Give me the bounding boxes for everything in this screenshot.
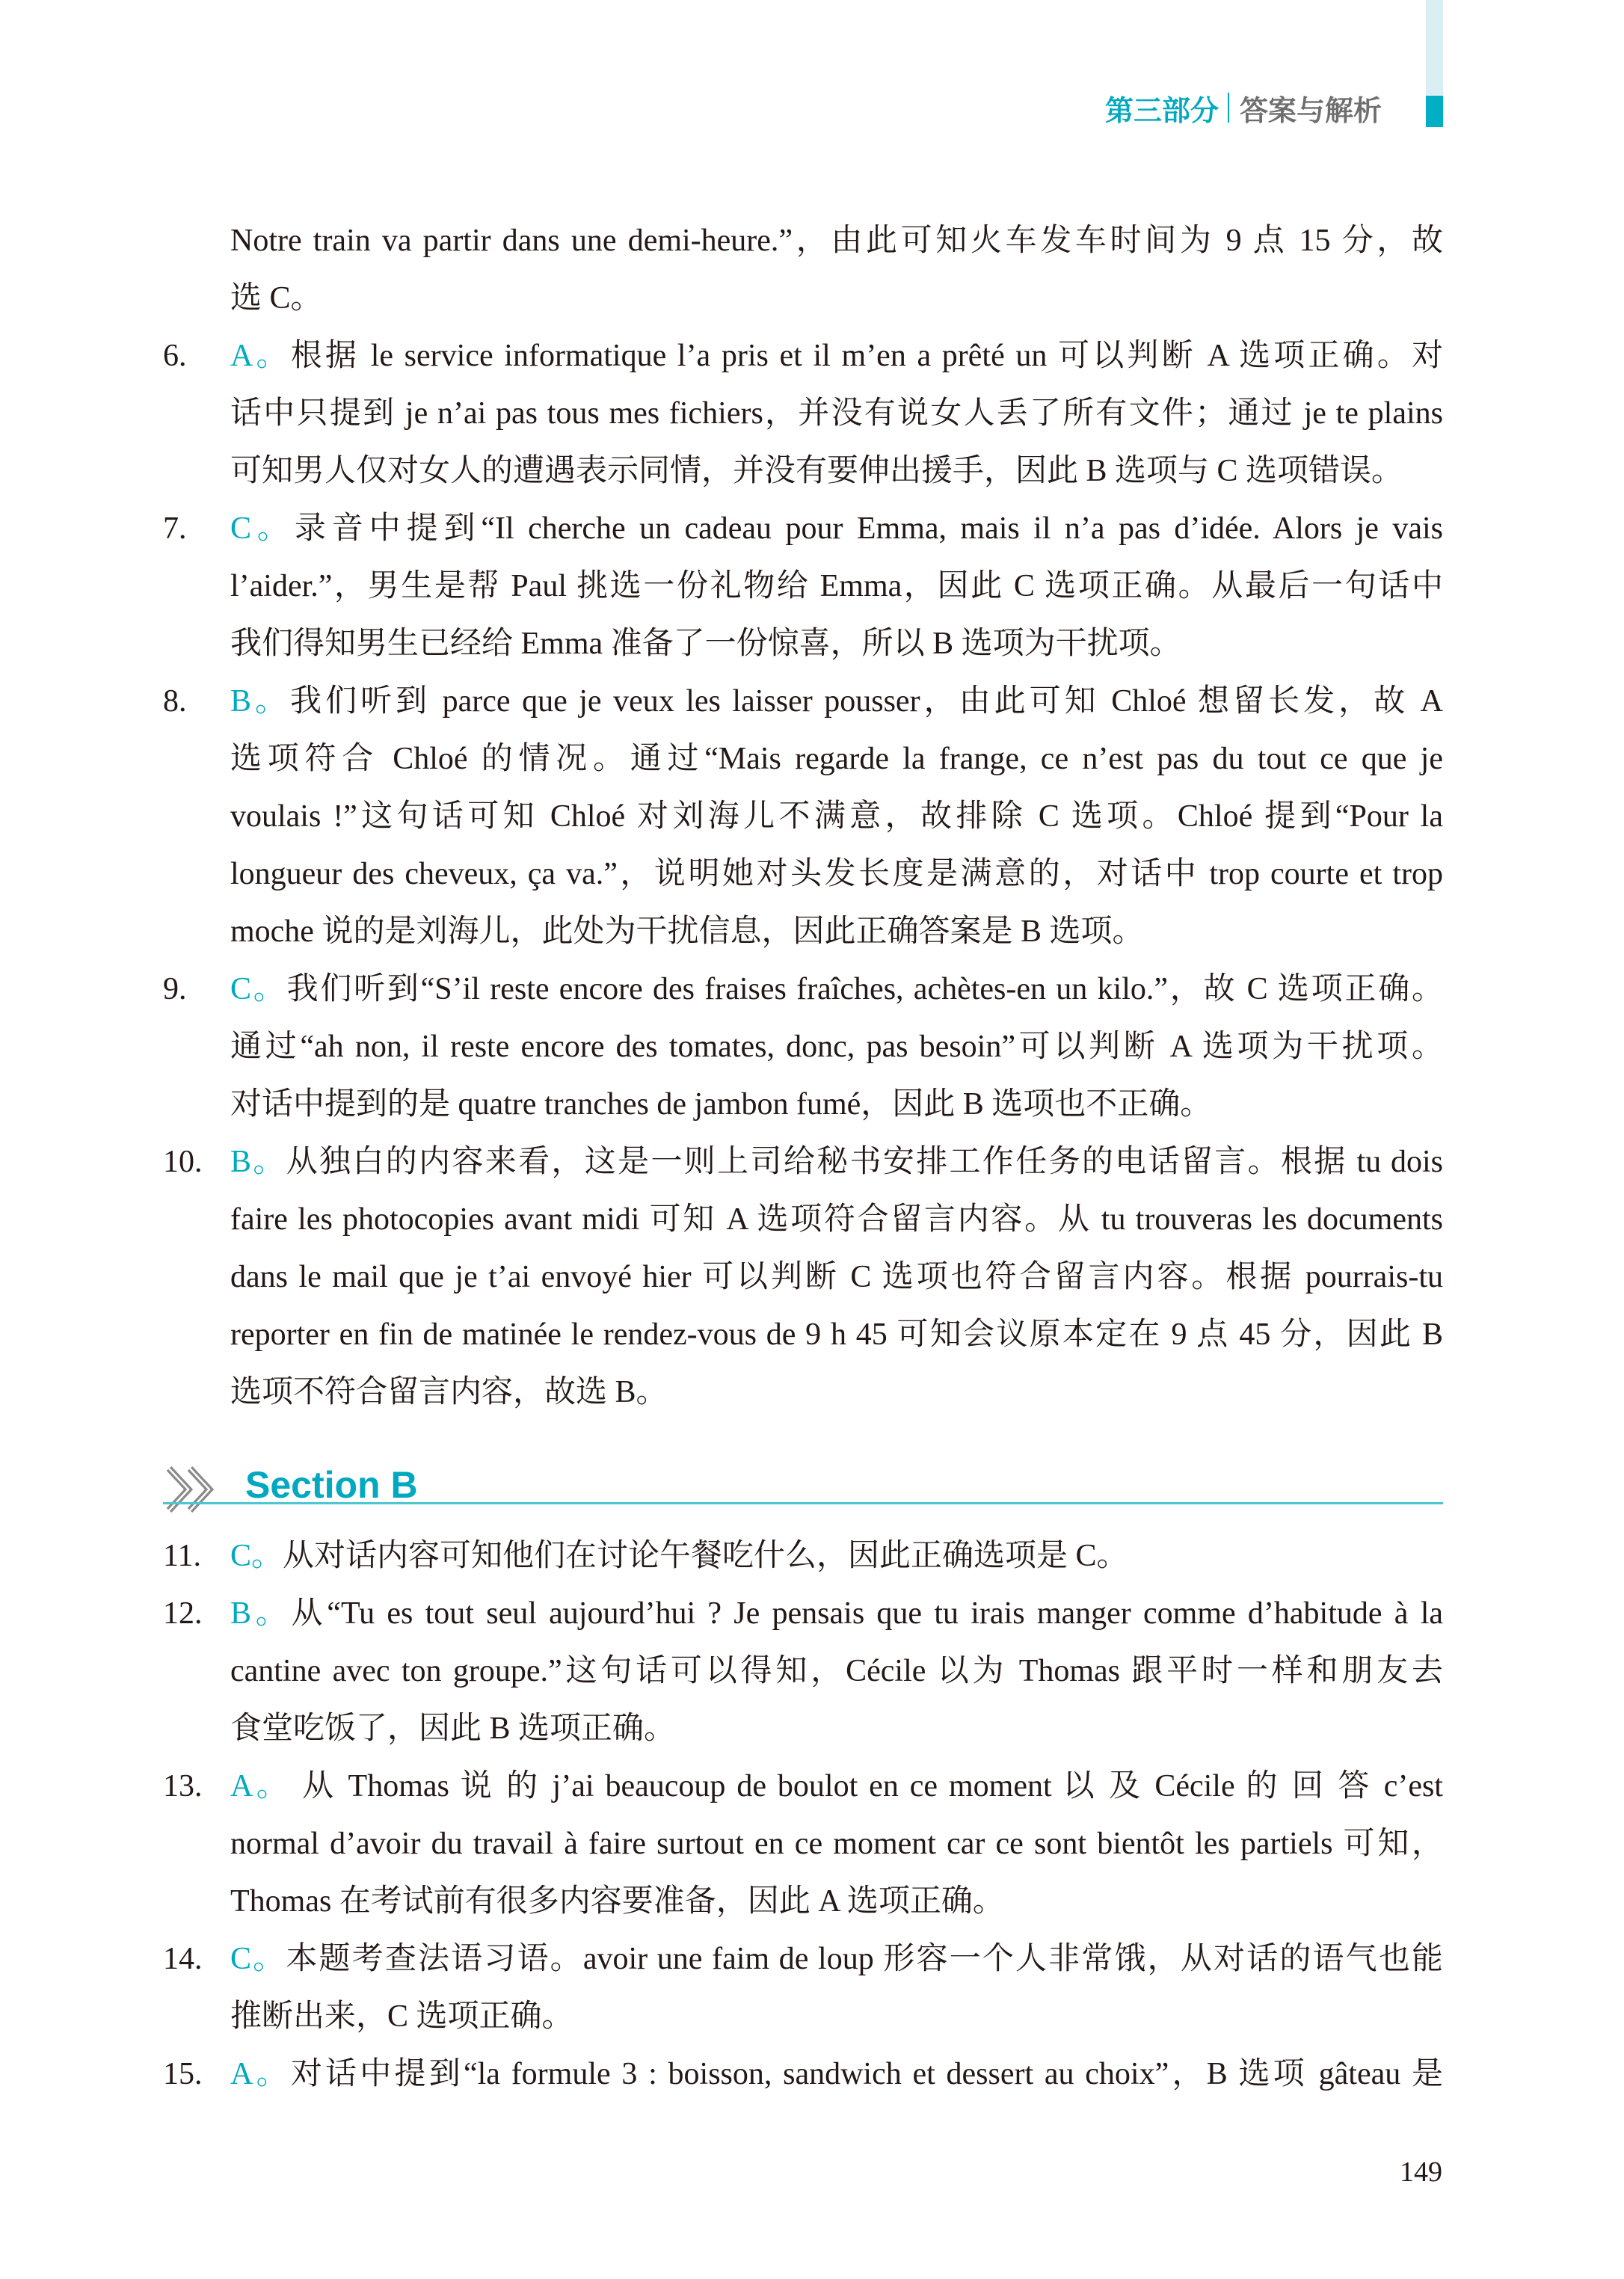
list-item-line: C。从对话内容可知他们在讨论午餐吃什么，因此正确选项是 C。 xyxy=(230,1528,1443,1585)
double-chevron-icon xyxy=(163,1464,221,1515)
answer-letter: B。 xyxy=(230,1145,286,1179)
page-number: 149 xyxy=(1400,2153,1442,2191)
list-item-line: B。我们听到 parce que je veux les laisser pou… xyxy=(230,673,1443,731)
list-item-line: C。本题考查法语习语。avoir une faim de loup 形容一个人非… xyxy=(230,1931,1443,1988)
item-number: 11. xyxy=(163,1528,201,1585)
list-item-line: 食堂吃饭了，因此 B 选项正确。 xyxy=(230,1700,1443,1758)
header-separator xyxy=(1228,93,1229,123)
answer-letter: C。 xyxy=(230,511,295,546)
list-item-line: 选项不符合留言内容，故选 B。 xyxy=(230,1364,1443,1421)
header-part: 第三部分 xyxy=(1105,87,1219,129)
item-number: 14. xyxy=(163,1931,203,1988)
list-item-line: cantine avec ton groupe.”这句话可以得知，Cécile … xyxy=(230,1643,1443,1700)
list-item-line: C。录音中提到“Il cherche un cadeau pour Emma, … xyxy=(230,500,1443,558)
section-divider xyxy=(163,1502,1443,1504)
item-number: 7. xyxy=(163,500,187,558)
list-item-line: A。 从 Thomas 说 的 j’ai beaucoup de boulot … xyxy=(230,1758,1443,1815)
list-item-line: longueur des cheveux, ça va.”，说明她对头发长度是满… xyxy=(230,846,1443,903)
item-number: 6. xyxy=(163,327,187,385)
item-number: 13. xyxy=(163,1758,203,1815)
list-item-line: B。从“Tu es tout seul aujourd’hui ? Je pen… xyxy=(230,1585,1443,1643)
list-item-line: moche 说的是刘海儿，此处为干扰信息，因此正确答案是 B 选项。 xyxy=(230,903,1443,961)
list-item-line: 话中只提到 je n’ai pas tous mes fichiers，并没有说… xyxy=(230,385,1443,443)
answer-letter: A。 xyxy=(230,1769,291,1803)
answer-letter: A。 xyxy=(230,2057,291,2091)
header-bar-light xyxy=(1426,0,1443,96)
answer-letter: C。 xyxy=(230,1942,286,1976)
item-number: 15. xyxy=(163,2046,203,2103)
list-item-line: A。根据 le service informatique l’a pris et… xyxy=(230,327,1443,385)
list-item-line: 选项符合 Chloé 的情况。通过“Mais regarde la frange… xyxy=(230,731,1443,788)
list-item-line: 我们得知男生已经给 Emma 准备了一份惊喜，所以 B 选项为干扰项。 xyxy=(230,615,1443,673)
list-item-line: 可知男人仅对女人的遭遇表示同情，并没有要伸出援手，因此 B 选项与 C 选项错误… xyxy=(230,443,1443,500)
list-item-line: voulais !”这句话可知 Chloé 对刘海儿不满意，故排除 C 选项。C… xyxy=(230,788,1443,846)
list-item-line: normal d’avoir du travail à faire surtou… xyxy=(230,1815,1443,1873)
list-item-line: 通过“ah non, il reste encore des tomates, … xyxy=(230,1018,1443,1076)
list-item-line: 推断出来，C 选项正确。 xyxy=(230,1988,1443,2046)
item-number: 8. xyxy=(163,673,187,731)
list-item-line: A。对话中提到“la formule 3 : boisson, sandwich… xyxy=(230,2046,1443,2103)
running-header: 第三部分 答案与解析 xyxy=(1105,88,1382,127)
item-number: 10. xyxy=(163,1134,203,1191)
list-item-line: faire les photocopies avant midi 可知 A 选项… xyxy=(230,1191,1443,1249)
header-bar-accent xyxy=(1426,96,1443,127)
list-item-line: reporter en fin de matinée le rendez-vou… xyxy=(230,1306,1443,1364)
continuation-line: Notre train va partir dans une demi-heur… xyxy=(230,212,1443,270)
header-title: 答案与解析 xyxy=(1240,87,1382,129)
answer-letter: B。 xyxy=(230,1596,292,1631)
list-item-line: dans le mail que je t’ai envoyé hier 可以判… xyxy=(230,1249,1443,1306)
answer-letter: A。 xyxy=(230,339,291,373)
list-item-line: C。我们听到“S’il reste encore des fraises fra… xyxy=(230,961,1443,1018)
answer-letter: C。 xyxy=(230,972,287,1006)
answer-letter: C。 xyxy=(230,1539,283,1573)
list-item-line: 对话中提到的是 quatre tranches de jambon fumé，因… xyxy=(230,1076,1443,1134)
item-number: 9. xyxy=(163,961,187,1018)
continuation-line: 选 C。 xyxy=(230,270,1443,327)
list-item-line: Thomas 在考试前有很多内容要准备，因此 A 选项正确。 xyxy=(230,1873,1443,1931)
list-item-line: B。从独白的内容来看，这是一则上司给秘书安排工作任务的电话留言。根据 tu do… xyxy=(230,1134,1443,1191)
item-number: 12. xyxy=(163,1585,203,1643)
list-item-line: l’aider.”，男生是帮 Paul 挑选一份礼物给 Emma，因此 C 选项… xyxy=(230,558,1443,615)
answer-letter: B。 xyxy=(230,684,290,719)
